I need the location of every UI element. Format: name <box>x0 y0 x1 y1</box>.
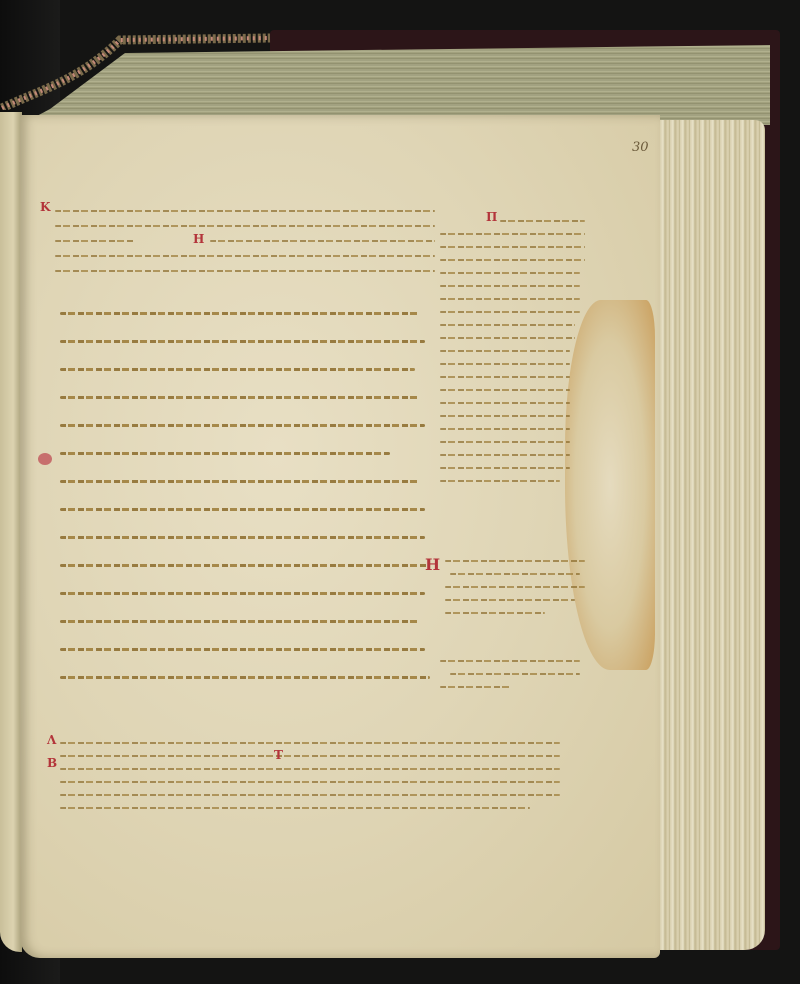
rubric-initial: Λ <box>47 733 56 747</box>
folio-number: 30 <box>632 140 649 155</box>
rubric-initial: H <box>193 232 204 246</box>
headband <box>0 20 280 110</box>
rubric-initial: Π <box>486 210 497 224</box>
water-stain <box>565 300 655 670</box>
rubric-ornament <box>38 453 52 465</box>
facing-page-edge <box>0 112 22 952</box>
rubric-initial: T <box>274 748 283 762</box>
page-block-fore-edge <box>650 120 765 950</box>
rubric-initial: K <box>40 200 50 214</box>
rubric-initial: H <box>425 555 440 574</box>
rubric-initial: B <box>47 756 57 770</box>
